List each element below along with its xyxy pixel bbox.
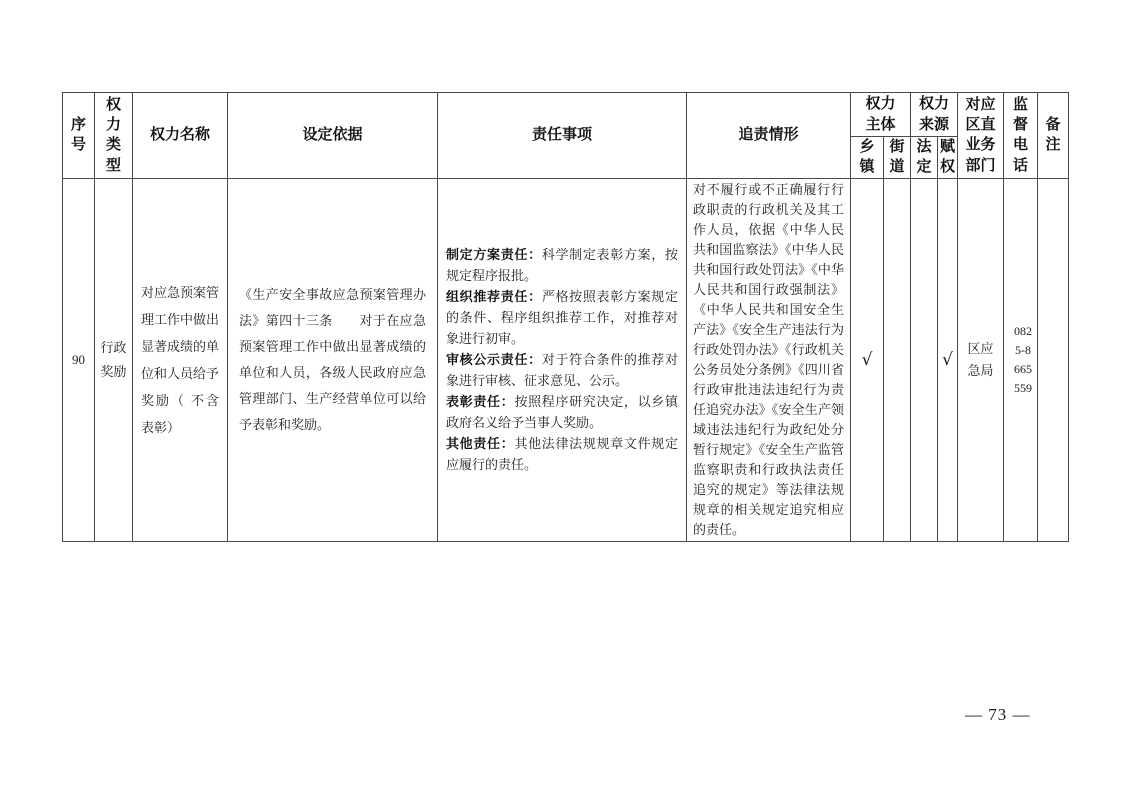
cell-remarks <box>1038 178 1069 541</box>
header-remarks-label: 备注 <box>1044 115 1061 156</box>
district-dept-value: 区应急局 <box>967 338 995 382</box>
header-power-source: 权力来源 <box>911 93 958 137</box>
header-supervision-phone: 监督电话 <box>1004 93 1038 179</box>
header-power-subject: 权力主体 <box>851 93 911 137</box>
phone-line-1: 082 <box>1009 322 1037 341</box>
header-power-type: 权力类型 <box>95 93 133 179</box>
serial-value: 90 <box>72 352 85 367</box>
empowered-checkmark: √ <box>942 350 953 370</box>
phone-line-2: 5-8 <box>1009 341 1037 360</box>
responsibility-label-5: 其他责任： <box>446 436 514 451</box>
header-empowered-label: 赋权 <box>939 137 956 178</box>
header-township: 乡镇 <box>851 137 884 179</box>
responsibility-label-2: 组织推荐责任： <box>446 289 542 304</box>
responsibility-item-5: 其他责任：其他法律法规规章文件规定应履行的责任。 <box>446 433 678 475</box>
page-number: — 73 — <box>965 705 1031 725</box>
cell-district-dept: 区应急局 <box>958 178 1004 541</box>
header-township-label: 乡镇 <box>858 137 875 178</box>
header-remarks: 备注 <box>1038 93 1069 179</box>
responsibility-label-4: 表彰责任： <box>446 394 514 409</box>
responsibility-item-3: 审核公示责任：对于符合条件的推荐对象进行审核、征求意见、公示。 <box>446 349 678 391</box>
header-district-dept: 对应区直业务部门 <box>958 93 1004 179</box>
header-basis-label: 设定依据 <box>302 126 362 143</box>
header-responsibility: 责任事项 <box>438 93 687 179</box>
cell-serial: 90 <box>63 178 95 541</box>
header-district-dept-label: 对应区直业务部门 <box>964 95 996 176</box>
basis-value: 《生产安全事故应急预案管理办法》第四十三条 对于在应急预案管理工作中做出显著成绩… <box>228 282 437 438</box>
responsibility-label-3: 审核公示责任： <box>446 352 542 367</box>
header-statutory-label: 法定 <box>915 137 932 178</box>
cell-street-check <box>884 178 911 541</box>
cell-responsibility: 制定方案责任：科学制定表彰方案，按规定程序报批。 组织推荐责任：严格按照表彰方案… <box>438 178 687 541</box>
header-responsibility-label: 责任事项 <box>532 126 592 143</box>
table-row: 90 行政奖励 对应急预案管理工作中做出显著成绩的单位和人员给予奖励（ 不含表彰… <box>63 178 1069 541</box>
township-checkmark: √ <box>862 350 873 370</box>
header-power-source-label: 权力来源 <box>918 94 950 135</box>
header-serial-label: 序号 <box>70 115 87 156</box>
cell-basis: 《生产安全事故应急预案管理办法》第四十三条 对于在应急预案管理工作中做出显著成绩… <box>228 178 438 541</box>
phone-line-4: 559 <box>1009 379 1037 398</box>
header-power-subject-label: 权力主体 <box>864 94 896 135</box>
accountability-value: 对不履行或不正确履行行政职责的行政机关及其工作人员，依据《中华人民共和国监察法》… <box>687 179 850 541</box>
header-power-type-label: 权力类型 <box>105 95 122 176</box>
phone-value: 082 5-8 665 559 <box>1004 322 1037 398</box>
responsibility-label-1: 制定方案责任： <box>446 247 542 262</box>
power-list-table: 序号 权力类型 权力名称 设定依据 责任事项 追责情形 权力主体 权力来源 对应… <box>62 92 1069 542</box>
cell-accountability: 对不履行或不正确履行行政职责的行政机关及其工作人员，依据《中华人民共和国监察法》… <box>687 178 851 541</box>
header-power-name: 权力名称 <box>133 93 228 179</box>
header-accountability-label: 追责情形 <box>738 126 798 143</box>
cell-supervision-phone: 082 5-8 665 559 <box>1004 178 1038 541</box>
responsibility-item-4: 表彰责任：按照程序研究决定，以乡镇政府名义给予当事人奖励。 <box>446 391 678 433</box>
header-street-label: 街道 <box>888 137 905 178</box>
power-name-value: 对应急预案管理工作中做出显著成绩的单位和人员给予奖励（ 不含表彰） <box>133 279 227 441</box>
header-accountability: 追责情形 <box>687 93 851 179</box>
header-serial: 序号 <box>63 93 95 179</box>
responsibility-item-2: 组织推荐责任：严格按照表彰方案规定的条件、程序组织推荐工作，对推荐对象进行初审。 <box>446 286 678 349</box>
cell-power-name: 对应急预案管理工作中做出显著成绩的单位和人员给予奖励（ 不含表彰） <box>133 178 228 541</box>
header-power-name-label: 权力名称 <box>150 126 210 143</box>
header-street: 街道 <box>884 137 911 179</box>
power-type-value: 行政奖励 <box>100 336 128 384</box>
responsibility-item-1: 制定方案责任：科学制定表彰方案，按规定程序报批。 <box>446 244 678 286</box>
responsibility-list: 制定方案责任：科学制定表彰方案，按规定程序报批。 组织推荐责任：严格按照表彰方案… <box>438 244 686 475</box>
header-empowered: 赋权 <box>938 137 958 179</box>
phone-line-3: 665 <box>1009 360 1037 379</box>
cell-statutory-check <box>911 178 938 541</box>
cell-township-check: √ <box>851 178 884 541</box>
header-supervision-phone-label: 监督电话 <box>1012 95 1029 176</box>
header-statutory: 法定 <box>911 137 938 179</box>
cell-power-type: 行政奖励 <box>95 178 133 541</box>
header-basis: 设定依据 <box>228 93 438 179</box>
cell-empowered-check: √ <box>938 178 958 541</box>
